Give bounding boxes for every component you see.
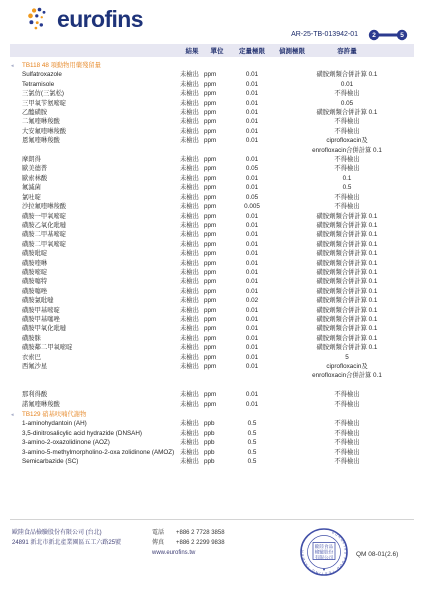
- tolerance-value: 0.01: [310, 80, 384, 89]
- table-row: 摩朗得未檢出ppm0.01不得檢出: [10, 155, 414, 164]
- analyte-name: 磺胺吡啶: [22, 249, 180, 258]
- unit-value: ppm: [204, 127, 230, 136]
- table-row: 乙醯磺胺未檢出ppm0.01磺胺劑類合併計算 0.1: [10, 108, 414, 117]
- section-marker-icon: ◄: [10, 410, 22, 419]
- result-value: 未檢出: [180, 80, 204, 89]
- tolerance-value: 不得檢出: [310, 193, 384, 202]
- unit-value: ppm: [204, 183, 230, 192]
- unit-value: ppb: [204, 429, 230, 438]
- unit-value: ppm: [204, 259, 230, 268]
- unit-value: ppm: [204, 390, 230, 399]
- table-row: 歐美德普未檢出ppm0.05不得檢出: [10, 164, 414, 173]
- loq-value: 0.01: [230, 221, 274, 230]
- result-value: 未檢出: [180, 315, 204, 324]
- tolerance-value: 0.1: [310, 174, 384, 183]
- table-row: 歐索林酸未檢出ppm0.010.1: [10, 174, 414, 183]
- phone-number: +886 2 7728 3858: [176, 530, 225, 536]
- loq-value: 0.01: [230, 127, 274, 136]
- analyte-name: 磺胺噻唑: [22, 287, 180, 296]
- loq-value: 0.01: [230, 174, 274, 183]
- col-loq: 定量極限: [230, 46, 274, 55]
- tolerance-value: 不得檢出: [310, 127, 384, 136]
- analyte-name: 磺胺噻特: [22, 277, 180, 286]
- tolerance-value: 磺胺劑類合併計算 0.1: [310, 249, 384, 258]
- unit-value: ppm: [204, 249, 230, 258]
- loq-value: 0.5: [230, 429, 274, 438]
- tolerance-value: 磺胺劑類合併計算 0.1: [310, 287, 384, 296]
- page-total: 5: [400, 32, 404, 39]
- logo-wordmark: eurofins: [57, 6, 143, 33]
- table-row: 磺胺甲基嘧啶未檢出ppm0.01磺胺劑類合併計算 0.1: [10, 306, 414, 315]
- result-value: 未檢出: [180, 127, 204, 136]
- result-value: 未檢出: [180, 448, 204, 457]
- unit-value: ppm: [204, 89, 230, 98]
- analyte-name: 西氟沙星: [22, 362, 180, 371]
- table-row: 二氟喹啉羧酸未檢出ppm0.01不得檢出: [10, 117, 414, 126]
- unit-value: ppm: [204, 287, 230, 296]
- table-row: 磺胺噻唑未檢出ppm0.01磺胺劑類合併計算 0.1: [10, 287, 414, 296]
- analyte-name: 磺胺氯吡噠: [22, 296, 180, 305]
- col-tolerance: 容許量: [310, 46, 384, 55]
- unit-value: ppb: [204, 438, 230, 447]
- loq-value: 0.5: [230, 438, 274, 447]
- table-column-headers: 結果 單位 定量極限 偵測極限 容許量: [10, 44, 414, 57]
- unit-value: ppm: [204, 136, 230, 145]
- tolerance-value: 磺胺劑類合併計算 0.1: [310, 212, 384, 221]
- table-row: 氟滅菌未檢出ppm0.010.5: [10, 183, 414, 192]
- unit-value: ppm: [204, 400, 230, 409]
- report-number: AR-25-TB-013942-01: [291, 31, 358, 38]
- analyte-name: 3,5-dinitrosalicylic acid hydrazide (DNS…: [22, 429, 180, 438]
- section-title: TB118 48 項動物用藥殘留量: [22, 61, 180, 70]
- table-row: 3,5-dinitrosalicylic acid hydrazide (DNS…: [10, 429, 414, 438]
- loq-value: 0.01: [230, 334, 274, 343]
- result-value: 未檢出: [180, 164, 204, 173]
- result-value: 未檢出: [180, 202, 204, 211]
- tolerance-value: 不得檢出: [310, 202, 384, 211]
- loq-value: 0.5: [230, 419, 274, 428]
- eurofins-dots-icon: [26, 6, 53, 33]
- result-value: 未檢出: [180, 400, 204, 409]
- loq-value: 0.01: [230, 287, 274, 296]
- section-header-row: ◄TB129 硝基呋喃代謝物: [10, 410, 414, 419]
- analyte-name: 大安氟喹啉羧酸: [22, 127, 180, 136]
- table-row: 磺胺二甲基嘧啶未檢出ppm0.01磺胺劑類合併計算 0.1: [10, 230, 414, 239]
- unit-value: ppb: [204, 419, 230, 428]
- analyte-name: Sulfatroxazole: [22, 70, 180, 79]
- tolerance-value: 不得檢出: [310, 155, 384, 164]
- loq-value: 0.005: [230, 202, 274, 211]
- loq-value: 0.01: [230, 259, 274, 268]
- unit-value: ppm: [204, 155, 230, 164]
- table-row: 磺胺一甲氧嘧啶未檢出ppm0.01磺胺劑類合併計算 0.1: [10, 212, 414, 221]
- loq-value: 0.05: [230, 164, 274, 173]
- result-value: 未檢出: [180, 438, 204, 447]
- result-value: 未檢出: [180, 117, 204, 126]
- col-result: 結果: [180, 46, 204, 55]
- tolerance-value: 5: [310, 353, 384, 362]
- table-row: 磺胺喹啉未檢出ppm0.01磺胺劑類合併計算 0.1: [10, 259, 414, 268]
- unit-value: ppm: [204, 324, 230, 333]
- loq-value: 0.01: [230, 155, 274, 164]
- result-value: 未檢出: [180, 306, 204, 315]
- section-title: TB129 硝基呋喃代謝物: [22, 410, 180, 419]
- table-row: 3-amino-2-oxazolidinone (AOZ)未檢出ppb0.5不得…: [10, 438, 414, 447]
- analyte-name: 三氯仿(三氯松): [22, 89, 180, 98]
- unit-value: ppm: [204, 212, 230, 221]
- table-row: 恩氟喹啉羧酸未檢出ppm0.01ciprofloxacin及enrofloxac…: [10, 136, 414, 155]
- result-value: 未檢出: [180, 324, 204, 333]
- table-row: 磺胺嘧啶未檢出ppm0.01磺胺劑類合併計算 0.1: [10, 268, 414, 277]
- loq-value: 0.01: [230, 353, 274, 362]
- tolerance-value: 不得檢出: [310, 390, 384, 399]
- result-value: 未檢出: [180, 277, 204, 286]
- tolerance-value: 0.05: [310, 99, 384, 108]
- analyte-name: Semicarbazide (SC): [22, 457, 180, 466]
- tolerance-value: 磺胺劑類合併計算 0.1: [310, 277, 384, 286]
- table-row: 沙拉氟喹啉羧酸未檢出ppm0.005不得檢出: [10, 202, 414, 211]
- result-value: 未檢出: [180, 353, 204, 362]
- result-value: 未檢出: [180, 259, 204, 268]
- loq-value: 0.5: [230, 448, 274, 457]
- tolerance-value: 不得檢出: [310, 89, 384, 98]
- loq-value: 0.01: [230, 277, 274, 286]
- result-value: 未檢出: [180, 240, 204, 249]
- loq-value: 0.01: [230, 324, 274, 333]
- result-value: 未檢出: [180, 343, 204, 352]
- eurofins-logo: eurofins: [26, 6, 143, 33]
- table-row: 磺胺二甲氧嘧啶未檢出ppm0.01磺胺劑類合併計算 0.1: [10, 240, 414, 249]
- unit-value: ppm: [204, 164, 230, 173]
- unit-value: ppm: [204, 221, 230, 230]
- table-row: 磺胺噻特未檢出ppm0.01磺胺劑類合併計算 0.1: [10, 277, 414, 286]
- unit-value: ppm: [204, 117, 230, 126]
- col-unit: 單位: [204, 46, 230, 55]
- result-value: 未檢出: [180, 174, 204, 183]
- result-value: 未檢出: [180, 136, 204, 145]
- loq-value: 0.01: [230, 240, 274, 249]
- website-link[interactable]: www.eurofins.tw: [152, 548, 225, 558]
- fax-label: 傳真: [152, 538, 176, 548]
- loq-value: 0.01: [230, 230, 274, 239]
- result-value: 未檢出: [180, 296, 204, 305]
- analyte-name: 氟滅菌: [22, 183, 180, 192]
- loq-value: 0.01: [230, 315, 274, 324]
- analyte-name: 三甲氧苄氨嘧啶: [22, 99, 180, 108]
- table-row: 那利得酸未檢出ppm0.01不得檢出: [10, 390, 414, 399]
- analyte-name: 3-amino-2-oxazolidinone (AOZ): [22, 438, 180, 447]
- result-value: 未檢出: [180, 287, 204, 296]
- unit-value: ppm: [204, 334, 230, 343]
- loq-value: 0.01: [230, 400, 274, 409]
- table-row: 三甲氧苄氨嘧啶未檢出ppm0.010.05: [10, 99, 414, 108]
- table-row: 西氟沙星未檢出ppm0.01ciprofloxacin及enrofloxacin…: [10, 362, 414, 381]
- loq-value: 0.01: [230, 268, 274, 277]
- result-value: 未檢出: [180, 362, 204, 371]
- fax-number: +886 2 2299 9838: [176, 540, 225, 546]
- seal-text-3: 有限公司: [315, 554, 334, 561]
- table-row: 3-amino-5-methylmorpholino-2-oxa zolidin…: [10, 448, 414, 457]
- result-value: 未檢出: [180, 99, 204, 108]
- tolerance-value: 磺胺劑類合併計算 0.1: [310, 70, 384, 79]
- tolerance-value: 磺胺劑類合併計算 0.1: [310, 343, 384, 352]
- tolerance-value: 磺胺劑類合併計算 0.1: [310, 221, 384, 230]
- analyte-name: 乙醯磺胺: [22, 108, 180, 117]
- loq-value: 0.01: [230, 136, 274, 145]
- analyte-name: 磺胺脒: [22, 334, 180, 343]
- analyte-name: 恩氟喹啉羧酸: [22, 136, 180, 145]
- analyte-name: 磺胺一甲氧嘧啶: [22, 212, 180, 221]
- tolerance-value: 磺胺劑類合併計算 0.1: [310, 240, 384, 249]
- unit-value: ppm: [204, 193, 230, 202]
- qm-code: QM 08-01(2.6): [356, 551, 398, 558]
- company-seal: 歐陸食品 檢驗股份 有限公司 EUROFINS FOOD TESTING TAI…: [299, 527, 349, 582]
- unit-value: ppm: [204, 240, 230, 249]
- loq-value: 0.05: [230, 193, 274, 202]
- result-value: 未檢出: [180, 429, 204, 438]
- unit-value: ppm: [204, 296, 230, 305]
- analyte-name: 氯吐啶: [22, 193, 180, 202]
- tolerance-value: 不得檢出: [310, 400, 384, 409]
- footer-contact-block: 電話+886 2 7728 3858 傳真+886 2 2299 9838 ww…: [152, 528, 225, 558]
- section-header-row: ◄TB118 48 項動物用藥殘留量: [10, 61, 414, 70]
- loq-value: 0.01: [230, 89, 274, 98]
- analyte-name: 磺胺甲基噻唑: [22, 315, 180, 324]
- analyte-name: Tetramisole: [22, 80, 180, 89]
- tolerance-value: 不得檢出: [310, 438, 384, 447]
- result-value: 未檢出: [180, 268, 204, 277]
- table-row: 磺胺氯吡噠未檢出ppm0.02磺胺劑類合併計算 0.1: [10, 296, 414, 305]
- result-value: 未檢出: [180, 70, 204, 79]
- loq-value: 0.02: [230, 296, 274, 305]
- table-row: 諾氟喹啉羧酸未檢出ppm0.01不得檢出: [10, 400, 414, 409]
- unit-value: ppb: [204, 448, 230, 457]
- unit-value: ppb: [204, 457, 230, 466]
- tolerance-value: 不得檢出: [310, 457, 384, 466]
- analyte-name: 磺胺甲基嘧啶: [22, 306, 180, 315]
- result-value: 未檢出: [180, 457, 204, 466]
- table-row: 三氯仿(三氯松)未檢出ppm0.01不得檢出: [10, 89, 414, 98]
- loq-value: 0.01: [230, 99, 274, 108]
- result-value: 未檢出: [180, 419, 204, 428]
- loq-value: 0.01: [230, 108, 274, 117]
- footer-company-name: 歐陸食品檢驗股份有限公司 (台北): [12, 528, 121, 538]
- row-spacer: [10, 381, 414, 390]
- tolerance-value: 磺胺劑類合併計算 0.1: [310, 259, 384, 268]
- table-row: Sulfatroxazole未檢出ppm0.01磺胺劑類合併計算 0.1: [10, 70, 414, 79]
- loq-value: 0.01: [230, 306, 274, 315]
- tolerance-value: ciprofloxacin及enrofloxacin合併計算 0.1: [310, 136, 384, 155]
- unit-value: ppm: [204, 174, 230, 183]
- analyte-name: 3-amino-5-methylmorpholino-2-oxa zolidin…: [22, 448, 180, 457]
- result-value: 未檢出: [180, 193, 204, 202]
- unit-value: ppm: [204, 306, 230, 315]
- unit-value: ppm: [204, 230, 230, 239]
- tolerance-value: 磺胺劑類合併計算 0.1: [310, 306, 384, 315]
- table-row: 大安氟喹啉羧酸未檢出ppm0.01不得檢出: [10, 127, 414, 136]
- tolerance-value: 不得檢出: [310, 429, 384, 438]
- unit-value: ppm: [204, 268, 230, 277]
- table-row: 磺胺乙氧化吡噠未檢出ppm0.01磺胺劑類合併計算 0.1: [10, 221, 414, 230]
- loq-value: 0.01: [230, 249, 274, 258]
- table-row: Semicarbazide (SC)未檢出ppb0.5不得檢出: [10, 457, 414, 466]
- tolerance-value: 不得檢出: [310, 448, 384, 457]
- analyte-name: 1-aminohydantoin (AH): [22, 419, 180, 428]
- result-value: 未檢出: [180, 89, 204, 98]
- tolerance-value: 磺胺劑類合併計算 0.1: [310, 230, 384, 239]
- result-value: 未檢出: [180, 390, 204, 399]
- page-current: 2: [372, 32, 376, 39]
- loq-value: 0.01: [230, 362, 274, 371]
- unit-value: ppm: [204, 353, 230, 362]
- unit-value: ppm: [204, 277, 230, 286]
- result-value: 未檢出: [180, 249, 204, 258]
- loq-value: 0.01: [230, 343, 274, 352]
- analyte-name: 磺胺鄰二甲氧嘧啶: [22, 343, 180, 352]
- tolerance-value: 磺胺劑類合併計算 0.1: [310, 296, 384, 305]
- table-row: 磺胺鄰二甲氧嘧啶未檢出ppm0.01磺胺劑類合併計算 0.1: [10, 343, 414, 352]
- footer-company-block: 歐陸食品檢驗股份有限公司 (台北) 24891 新北市新北產業園區五工六路25號: [12, 528, 121, 548]
- section-marker-icon: ◄: [10, 61, 22, 70]
- analyte-name: 磺胺二甲氧嘧啶: [22, 240, 180, 249]
- loq-value: 0.01: [230, 212, 274, 221]
- tolerance-value: 磺胺劑類合併計算 0.1: [310, 324, 384, 333]
- tolerance-value: 磺胺劑類合併計算 0.1: [310, 268, 384, 277]
- analyte-name: 那利得酸: [22, 390, 180, 399]
- result-value: 未檢出: [180, 230, 204, 239]
- unit-value: ppm: [204, 315, 230, 324]
- results-table: ◄TB118 48 項動物用藥殘留量Sulfatroxazole未檢出ppm0.…: [10, 60, 414, 466]
- report-page: eurofins AR-25-TB-013942-01 2 5 結果 單位 定量…: [0, 0, 424, 600]
- table-row: 磺胺脒未檢出ppm0.01磺胺劑類合併計算 0.1: [10, 334, 414, 343]
- analyte-name: 磺胺甲氧化吡噠: [22, 324, 180, 333]
- tolerance-value: 磺胺劑類合併計算 0.1: [310, 108, 384, 117]
- footer-address: 24891 新北市新北產業園區五工六路25號: [12, 538, 121, 548]
- result-value: 未檢出: [180, 212, 204, 221]
- result-value: 未檢出: [180, 183, 204, 192]
- table-row: 磺胺吡啶未檢出ppm0.01磺胺劑類合併計算 0.1: [10, 249, 414, 258]
- loq-value: 0.5: [230, 457, 274, 466]
- unit-value: ppm: [204, 343, 230, 352]
- unit-value: ppm: [204, 80, 230, 89]
- table-row: 磺胺甲氧化吡噠未檢出ppm0.01磺胺劑類合併計算 0.1: [10, 324, 414, 333]
- analyte-name: 衣索巴: [22, 353, 180, 362]
- analyte-name: 磺胺二甲基嘧啶: [22, 230, 180, 239]
- result-value: 未檢出: [180, 108, 204, 117]
- unit-value: ppm: [204, 202, 230, 211]
- analyte-name: 二氟喹啉羧酸: [22, 117, 180, 126]
- col-lod: 偵測極限: [274, 46, 310, 55]
- loq-value: 0.01: [230, 117, 274, 126]
- tolerance-value: 不得檢出: [310, 164, 384, 173]
- result-value: 未檢出: [180, 155, 204, 164]
- unit-value: ppm: [204, 99, 230, 108]
- tolerance-value: 磺胺劑類合併計算 0.1: [310, 315, 384, 324]
- tolerance-value: 磺胺劑類合併計算 0.1: [310, 334, 384, 343]
- table-row: 衣索巴未檢出ppm0.015: [10, 353, 414, 362]
- tolerance-value: ciprofloxacin及enrofloxacin合併計算 0.1: [310, 362, 384, 381]
- analyte-name: 歐索林酸: [22, 174, 180, 183]
- table-row: 磺胺甲基噻唑未檢出ppm0.01磺胺劑類合併計算 0.1: [10, 315, 414, 324]
- tolerance-value: 0.5: [310, 183, 384, 192]
- loq-value: 0.01: [230, 80, 274, 89]
- analyte-name: 歐美德普: [22, 164, 180, 173]
- unit-value: ppm: [204, 70, 230, 79]
- analyte-name: 摩朗得: [22, 155, 180, 164]
- loq-value: 0.01: [230, 390, 274, 399]
- table-row: 氯吐啶未檢出ppm0.05不得檢出: [10, 193, 414, 202]
- loq-value: 0.01: [230, 70, 274, 79]
- loq-value: 0.01: [230, 183, 274, 192]
- unit-value: ppm: [204, 362, 230, 371]
- analyte-name: 磺胺嘧啶: [22, 268, 180, 277]
- analyte-name: 磺胺乙氧化吡噠: [22, 221, 180, 230]
- analyte-name: 磺胺喹啉: [22, 259, 180, 268]
- unit-value: ppm: [204, 108, 230, 117]
- tolerance-value: 不得檢出: [310, 117, 384, 126]
- analyte-name: 諾氟喹啉羧酸: [22, 400, 180, 409]
- phone-label: 電話: [152, 528, 176, 538]
- tolerance-value: 不得檢出: [310, 419, 384, 428]
- analyte-name: 沙拉氟喹啉羧酸: [22, 202, 180, 211]
- result-value: 未檢出: [180, 334, 204, 343]
- table-row: Tetramisole未檢出ppm0.010.01: [10, 80, 414, 89]
- table-row: 1-aminohydantoin (AH)未檢出ppb0.5不得檢出: [10, 419, 414, 428]
- result-value: 未檢出: [180, 221, 204, 230]
- footer-divider: [10, 519, 414, 520]
